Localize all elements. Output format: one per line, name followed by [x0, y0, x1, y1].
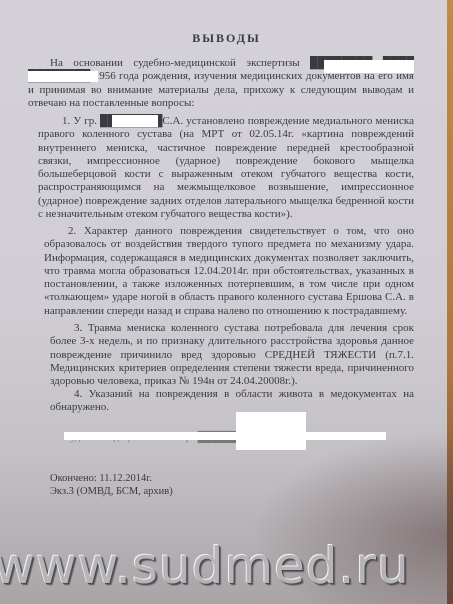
conclusion-1: 1. У гр. ████████С.А. установлено повреж…: [38, 115, 414, 221]
conclusion-3: 3. Травма мениска коленного сустава потр…: [50, 322, 414, 388]
conclusion-2: 2. Характер данного повреждения свидетел…: [44, 225, 414, 318]
footer: Окончено: 11.12.2014г. Экз.3 (ОМВД, БСМ,…: [50, 472, 173, 498]
watermark: www.sudmed.ru: [0, 537, 410, 595]
conclusion-4: 4. Указаний на повреждения в области жив…: [50, 388, 414, 415]
finished-date: Окончено: 11.12.2014г.: [50, 472, 173, 485]
redaction-stamp: [236, 412, 306, 450]
redaction-name-2: [28, 71, 98, 82]
document-title: ВЫВОДЫ: [0, 31, 453, 46]
redaction-surname: [112, 115, 158, 127]
redaction-signature: [64, 432, 386, 440]
copies-note: Экз.3 (ОМВД, БСМ, архив): [50, 485, 173, 498]
redaction-name: [324, 60, 414, 73]
